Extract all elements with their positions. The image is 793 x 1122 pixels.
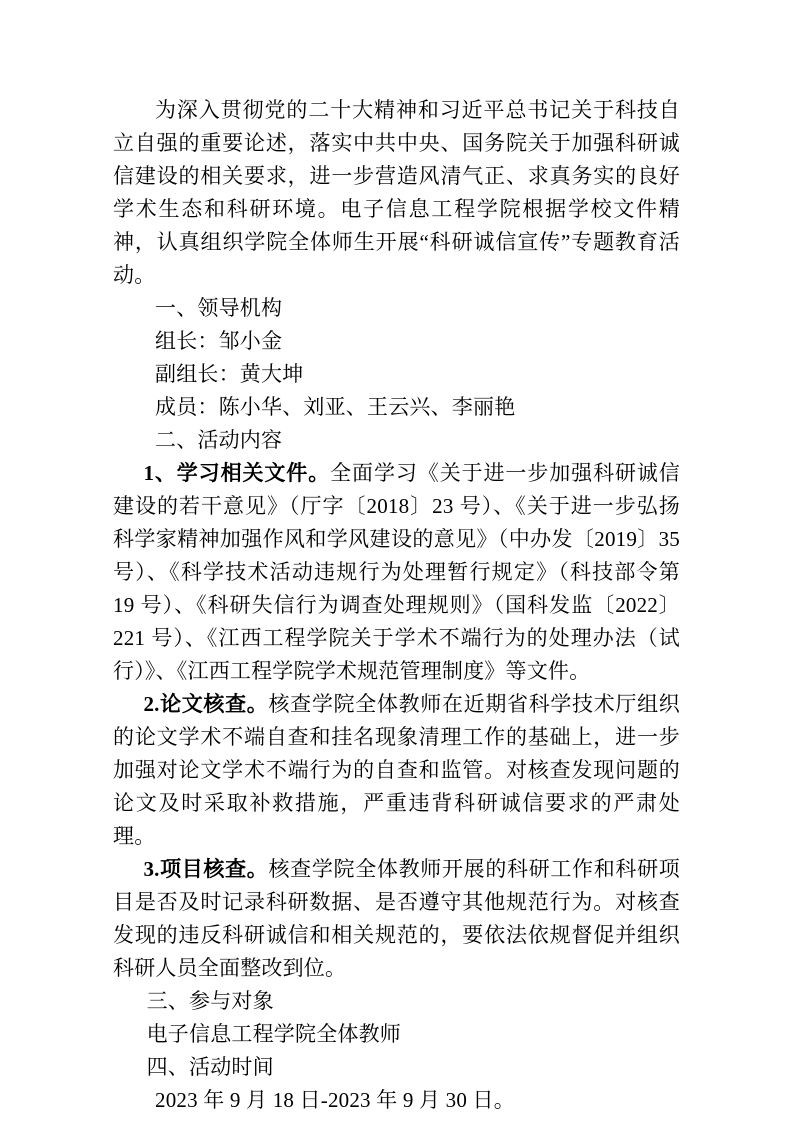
activity-item-3: 3.项目核查。核查学院全体教师开展的科研工作和科研项目是否及时记录科研数据、是否…	[113, 853, 680, 985]
leader-line: 组长：邹小金	[113, 325, 680, 358]
activity-item-1: 1、学习相关文件。全面学习《关于进一步加强科研诚信建设的若干意见》（厅字〔201…	[113, 457, 680, 688]
section4-heading: 四、活动时间	[113, 1051, 680, 1084]
section3-heading: 三、参与对象	[113, 985, 680, 1018]
intro-paragraph: 为深入贯彻党的二十大精神和习近平总书记关于科技自立自强的重要论述，落实中共中央、…	[113, 94, 680, 292]
activity-item-2: 2.论文核查。核查学院全体教师在近期省科学技术厅组织的论文学术不端自查和挂名现象…	[113, 688, 680, 853]
document-page: 为深入贯彻党的二十大精神和习近平总书记关于科技自立自强的重要论述，落实中共中央、…	[0, 0, 793, 1122]
section2-heading: 二、活动内容	[113, 424, 680, 457]
activity-time-line: 2023 年 9 月 18 日-2023 年 9 月 30 日。	[113, 1084, 680, 1117]
item1-lead: 1、学习相关文件。	[143, 461, 330, 485]
document-content: 为深入贯彻党的二十大精神和习近平总书记关于科技自立自强的重要论述，落实中共中央、…	[113, 94, 680, 1117]
participants-line: 电子信息工程学院全体教师	[113, 1018, 680, 1051]
deputy-leader-line: 副组长：黄大坤	[113, 358, 680, 391]
members-line: 成员：陈小华、刘亚、王云兴、李丽艳	[113, 391, 680, 424]
item1-body: 全面学习《关于进一步加强科研诚信建设的若干意见》（厅字〔2018〕23 号）、《…	[113, 461, 680, 683]
section1-heading: 一、领导机构	[113, 292, 680, 325]
item3-lead: 3.项目核查。	[143, 857, 268, 881]
item2-lead: 2.论文核查。	[143, 692, 268, 716]
